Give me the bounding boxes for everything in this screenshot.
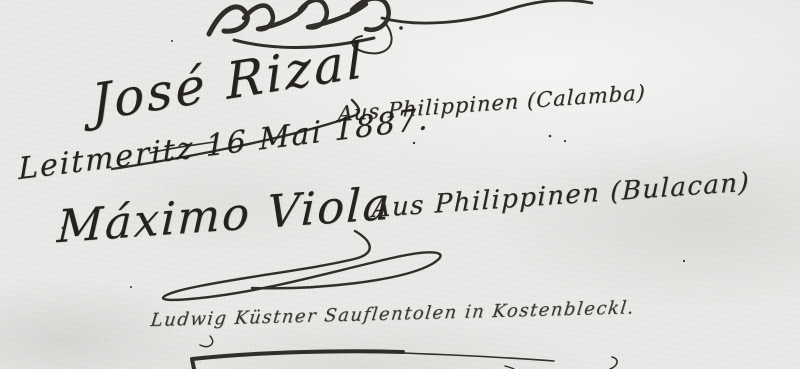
kurrent-descender-stroke xyxy=(200,336,213,347)
bottom-cutoff-stroke xyxy=(192,351,617,369)
kurrent-script-line: Ludwig Küstner Sauflentolen in Kostenble… xyxy=(150,297,637,331)
place-date-line: Leitmeritz 16 Mai 1887. xyxy=(18,102,430,188)
viola-origin-note: Aus Philippinen (Bulacan) xyxy=(371,168,750,225)
viola-signature: Máximo Viola xyxy=(56,177,392,254)
scanned-album-page: José Rizal Aus Philippinen (Calamba) Lei… xyxy=(0,0,800,369)
